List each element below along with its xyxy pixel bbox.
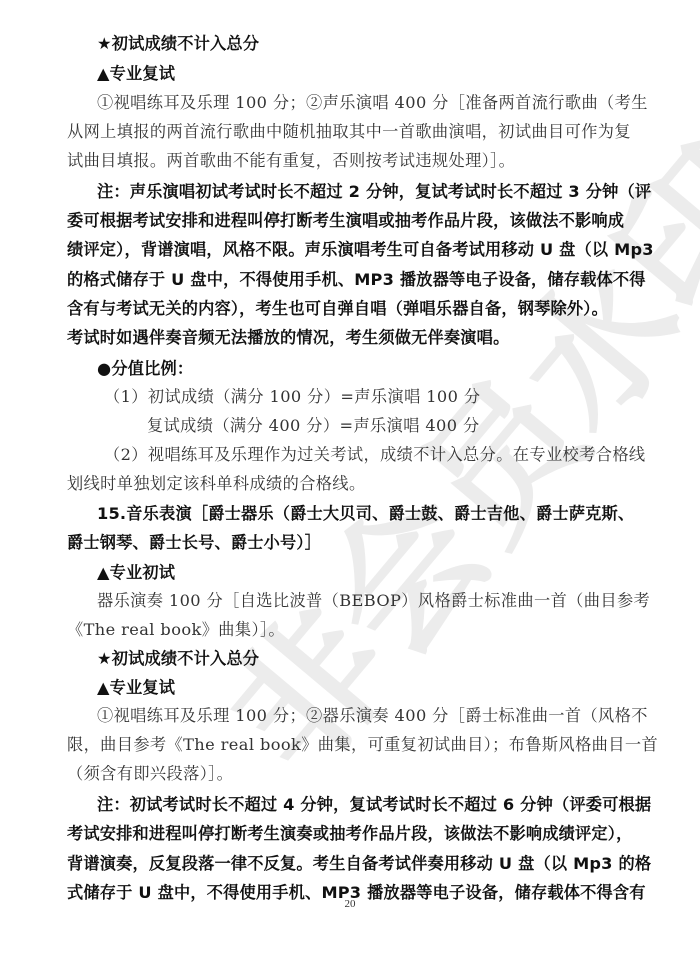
paragraph-line: （须含有即兴段落）］。	[67, 764, 233, 784]
bold-paragraph-line: ★初试成绩不计入总分	[97, 649, 259, 669]
bold-paragraph-line: 爵士钢琴、爵士长号、爵士小号）］	[67, 533, 321, 553]
bold-paragraph-line: ★初试成绩不计入总分	[97, 34, 259, 54]
bold-paragraph-line: 委可根据考试安排和进程叫停打断考生演唱或抽考作品片段，该做法不影响成	[67, 211, 624, 231]
bold-paragraph-line: ▲专业复试	[97, 64, 175, 84]
bold-paragraph-line: ▲专业复试	[97, 678, 175, 698]
paragraph-line: 器乐演奏 100 分［自选比波普（BEBOP）风格爵士标准曲一首（曲目参考	[97, 591, 650, 611]
paragraph-line: 从网上填报的两首流行歌曲中随机抽取其中一首歌曲演唱，初试曲目可作为复	[67, 122, 631, 142]
bold-paragraph-line: 考试安排和进程叫停打断考生演奏或抽考作品片段，该做法不影响成绩评定），	[67, 824, 632, 844]
bold-paragraph-line: 15.音乐表演［爵士器乐（爵士大贝司、爵士鼓、爵士吉他、爵士萨克斯、	[97, 504, 634, 524]
page-number: 20	[0, 898, 700, 910]
bold-paragraph-line: 考试时如遇伴奏音频无法播放的情况，考生须做无伴奏演唱。	[67, 328, 509, 348]
paragraph-line: 《The real book》曲集）］。	[67, 620, 285, 640]
paragraph-line: 试曲目填报。两首歌曲不能有重复，否则按考试违规处理）］。	[67, 151, 515, 171]
bold-paragraph-line: 含有与考试无关的内容），考生也可自弹自唱（弹唱乐器自备，钢琴除外）。	[67, 299, 608, 319]
watermark: 非会员水印	[170, 0, 700, 20]
paragraph-line: （1）初试成绩（满分 100 分）=声乐演唱 100 分	[104, 387, 480, 407]
paragraph-line: ①视唱练耳及乐理 100 分；②器乐演奏 400 分［爵士标准曲一首（风格不	[97, 706, 648, 726]
bold-paragraph-line: 注：声乐演唱初试考试时长不超过 2 分钟，复试考试时长不超过 3 分钟（评	[97, 182, 651, 202]
bold-paragraph-line: ▲专业初试	[97, 563, 175, 583]
bold-paragraph-line: 绩评定），背谱演唱，风格不限。声乐演唱考生可自备考试用移动 U 盘（以 Mp3	[67, 240, 654, 260]
bold-paragraph-line: 的格式储存于 U 盘中，不得使用手机、MP3 播放器等电子设备，储存载体不得	[67, 270, 646, 290]
paragraph-line: 限，曲目参考《The real book》曲集，可重复初试曲目）；布鲁斯风格曲目…	[67, 735, 658, 755]
bold-paragraph-line: ●分值比例：	[97, 359, 193, 379]
paragraph-line: （2）视唱练耳及乐理作为过关考试，成绩不计入总分。在专业校考合格线	[104, 445, 646, 465]
bold-paragraph-line: 背谱演奏，反复段落一律不反复。考生自备考试伴奏用移动 U 盘（以 Mp3 的格	[67, 854, 651, 874]
paragraph-line: 划线时单独划定该科单科成绩的合格线。	[67, 474, 366, 494]
paragraph-line: 复试成绩（满分 400 分）=声乐演唱 400 分	[147, 416, 480, 436]
bold-paragraph-line: 注：初试考试时长不超过 4 分钟，复试考试时长不超过 6 分钟（评委可根据	[97, 795, 651, 815]
paragraph-line: ①视唱练耳及乐理 100 分；②声乐演唱 400 分［准备两首流行歌曲（考生	[97, 93, 648, 113]
